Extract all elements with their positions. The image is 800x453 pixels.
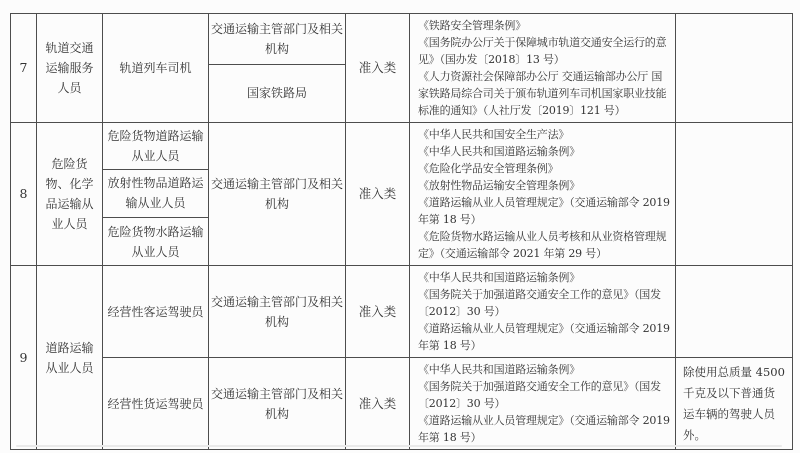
row-8-job-1: 危险货物道路运输从业人员 <box>103 123 209 170</box>
row-9-department-passenger: 交通运输主管部门及相关机构 <box>209 266 346 358</box>
row-8-department: 交通运输主管部门及相关机构 <box>209 123 346 266</box>
legal-item: 《中华人民共和国道路运输条例》 <box>418 361 672 378</box>
legal-item: 《铁路安全管理条例》 <box>418 17 672 34</box>
legal-item: 《中华人民共和国道路运输条例》 <box>418 269 672 286</box>
row-7-type: 准入类 <box>346 14 410 123</box>
row-9-type-freight: 准入类 <box>346 358 410 450</box>
row-9-legal-basis-passenger: 《中华人民共和国道路运输条例》 《国务院关于加强道路交通安全工作的意见》（国发〔… <box>410 266 676 358</box>
row-9-department-freight: 交通运输主管部门及相关机构 <box>209 358 346 450</box>
page-edge-shadow <box>16 445 782 447</box>
row-7-department-1: 交通运输主管部门及相关机构 <box>209 14 346 65</box>
legal-item: 《人力资源社会保障部办公厅 交通运输部办公厅 国家铁路局综合司关于颁布轨道列车司… <box>418 68 672 119</box>
licensing-table: 7 轨道交通运输服务人员 轨道列车司机 交通运输主管部门及相关机构 准入类 《铁… <box>10 13 793 450</box>
row-9-legal-basis-freight: 《中华人民共和国道路运输条例》 《国务院关于加强道路交通安全工作的意见》（国发〔… <box>410 358 676 450</box>
table-row: 7 轨道交通运输服务人员 轨道列车司机 交通运输主管部门及相关机构 准入类 《铁… <box>11 14 793 65</box>
row-7-department-2: 国家铁路局 <box>209 64 346 122</box>
legal-item: 《道路运输从业人员管理规定》（交通运输部令 2019 年第 18 号） <box>418 320 672 354</box>
row-7-number: 7 <box>11 14 37 123</box>
legal-item: 《国务院办公厅关于保障城市轨道交通安全运行的意见》（国办发〔2018〕13 号） <box>418 34 672 68</box>
table-row: 9 道路运输从业人员 经营性客运驾驶员 交通运输主管部门及相关机构 准入类 《中… <box>11 266 793 358</box>
row-9-note-passenger <box>676 266 793 358</box>
row-9-category: 道路运输从业人员 <box>37 266 103 450</box>
legal-item: 《中华人民共和国安全生产法》 <box>418 126 672 143</box>
row-8-note <box>676 123 793 266</box>
row-7-note <box>676 14 793 123</box>
legal-item: 《放射性物品运输安全管理条例》 <box>418 177 672 194</box>
legal-item: 《道路运输从业人员管理规定》（交通运输部令 2019 年第 18 号） <box>418 412 672 446</box>
table-row: 8 危险货物、化学品运输从业人员 危险货物道路运输从业人员 交通运输主管部门及相… <box>11 123 793 170</box>
row-9-type-passenger: 准入类 <box>346 266 410 358</box>
row-7-job: 轨道列车司机 <box>103 14 209 123</box>
row-8-job-2: 放射性物品道路运输从业人员 <box>103 169 209 218</box>
row-7-legal-basis: 《铁路安全管理条例》 《国务院办公厅关于保障城市轨道交通安全运行的意见》（国办发… <box>410 14 676 123</box>
legal-item: 《危险化学品安全管理条例》 <box>418 160 672 177</box>
row-8-legal-basis: 《中华人民共和国安全生产法》 《中华人民共和国道路运输条例》 《危险化学品安全管… <box>410 123 676 266</box>
row-9-job-freight: 经营性货运驾驶员 <box>103 358 209 450</box>
row-7-category: 轨道交通运输服务人员 <box>37 14 103 123</box>
row-8-job-3: 危险货物水路运输从业人员 <box>103 218 209 266</box>
legal-item: 《道路运输从业人员管理规定》（交通运输部令 2019 年第 18 号） <box>418 194 672 228</box>
legal-item: 《国务院关于加强道路交通安全工作的意见》（国发〔2012〕30 号） <box>418 378 672 412</box>
legal-item: 《危险货物水路运输从业人员考核和从业资格管理规定》（交通运输部令 2021 年第… <box>418 228 672 262</box>
legal-item: 《中华人民共和国道路运输条例》 <box>418 143 672 160</box>
row-9-job-passenger: 经营性客运驾驶员 <box>103 266 209 358</box>
row-8-category: 危险货物、化学品运输从业人员 <box>37 123 103 266</box>
row-8-number: 8 <box>11 123 37 266</box>
legal-item: 《国务院关于加强道路交通安全工作的意见》（国发〔2012〕30 号） <box>418 286 672 320</box>
row-9-number: 9 <box>11 266 37 450</box>
row-9-note-freight: 除使用总质量 4500 千克及以下普通货运车辆的驾驶人员外。 <box>676 358 793 450</box>
document-page: 7 轨道交通运输服务人员 轨道列车司机 交通运输主管部门及相关机构 准入类 《铁… <box>0 0 800 453</box>
table-row: 经营性货运驾驶员 交通运输主管部门及相关机构 准入类 《中华人民共和国道路运输条… <box>11 358 793 450</box>
row-8-type: 准入类 <box>346 123 410 266</box>
